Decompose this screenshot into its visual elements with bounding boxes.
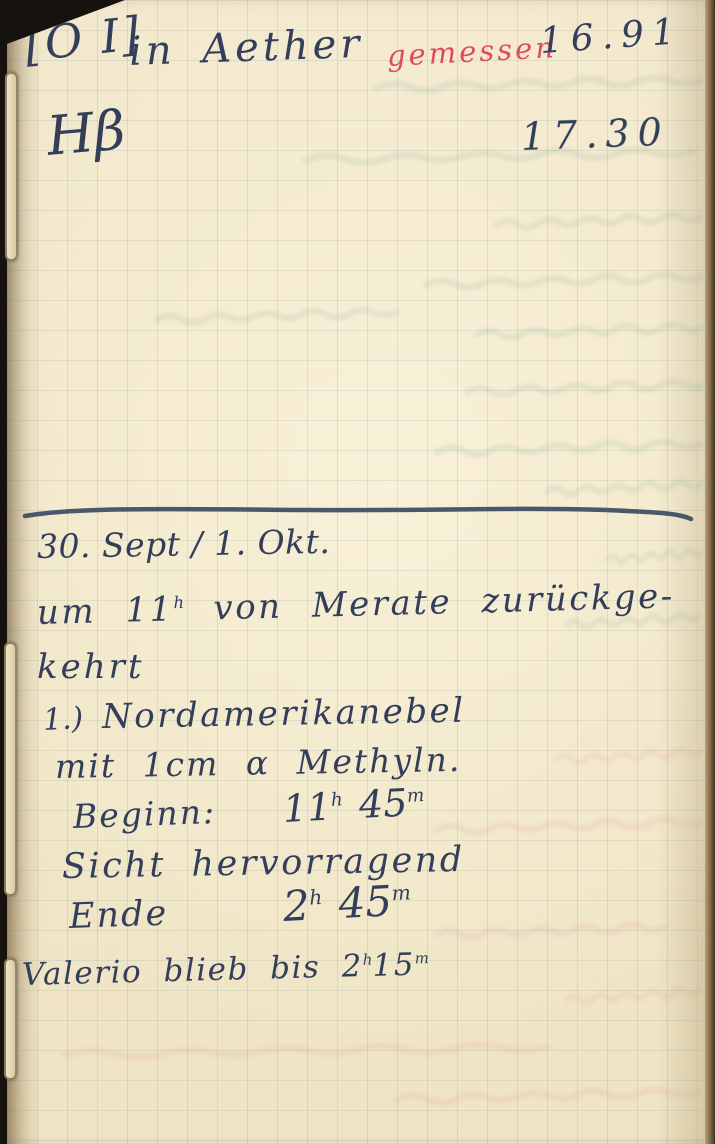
return-note-line2: kehrt xyxy=(37,650,145,684)
hour-unit: h xyxy=(173,593,184,612)
observation-number: 1.) xyxy=(42,704,84,736)
minute-value: 45 xyxy=(358,781,409,827)
end-time: 2h45m xyxy=(282,879,412,928)
observation-detail: mit 1cm α Methyln. xyxy=(55,743,462,783)
medium-label: in Aether xyxy=(128,24,364,72)
hour-value: 2 xyxy=(282,881,311,931)
spectral-notation: [O I] xyxy=(23,10,144,68)
return-note-pre: um 11 xyxy=(36,589,174,633)
hbeta-value: 17.30 xyxy=(520,113,670,156)
entry-date: 30. Sept / 1. Okt. xyxy=(37,525,331,563)
minute-value: 45 xyxy=(337,876,393,928)
minute-unit: m xyxy=(406,785,424,807)
measured-label: gemessen xyxy=(386,33,557,71)
binding-stitch xyxy=(5,72,18,261)
observation-object: Nordamerikanebel xyxy=(102,694,466,734)
hour-unit: h xyxy=(362,950,372,968)
measured-value: 16.91 xyxy=(539,14,684,60)
end-label: Ende xyxy=(68,897,168,935)
minute-value: 15 xyxy=(372,947,415,984)
notebook-photo: [O I] in Aether gemessen 16.91 Hβ 17.30 … xyxy=(0,0,715,1144)
hour-value: 2 xyxy=(341,948,363,985)
hour-unit: h xyxy=(309,885,323,910)
begin-label: Beginn: xyxy=(72,795,216,833)
hour-unit: h xyxy=(330,789,343,811)
binding-stitch xyxy=(4,958,17,1080)
begin-time: 11h45m xyxy=(282,783,426,828)
minute-unit: m xyxy=(415,949,430,967)
notebook-page: [O I] in Aether gemessen 16.91 Hβ 17.30 … xyxy=(7,0,705,1144)
hbeta-label: Hβ xyxy=(45,103,128,164)
minute-unit: m xyxy=(391,880,411,905)
entry-divider-line xyxy=(25,509,691,519)
page-edge xyxy=(705,0,715,1144)
binding-stitch xyxy=(4,642,17,896)
hour-value: 11 xyxy=(282,784,333,830)
